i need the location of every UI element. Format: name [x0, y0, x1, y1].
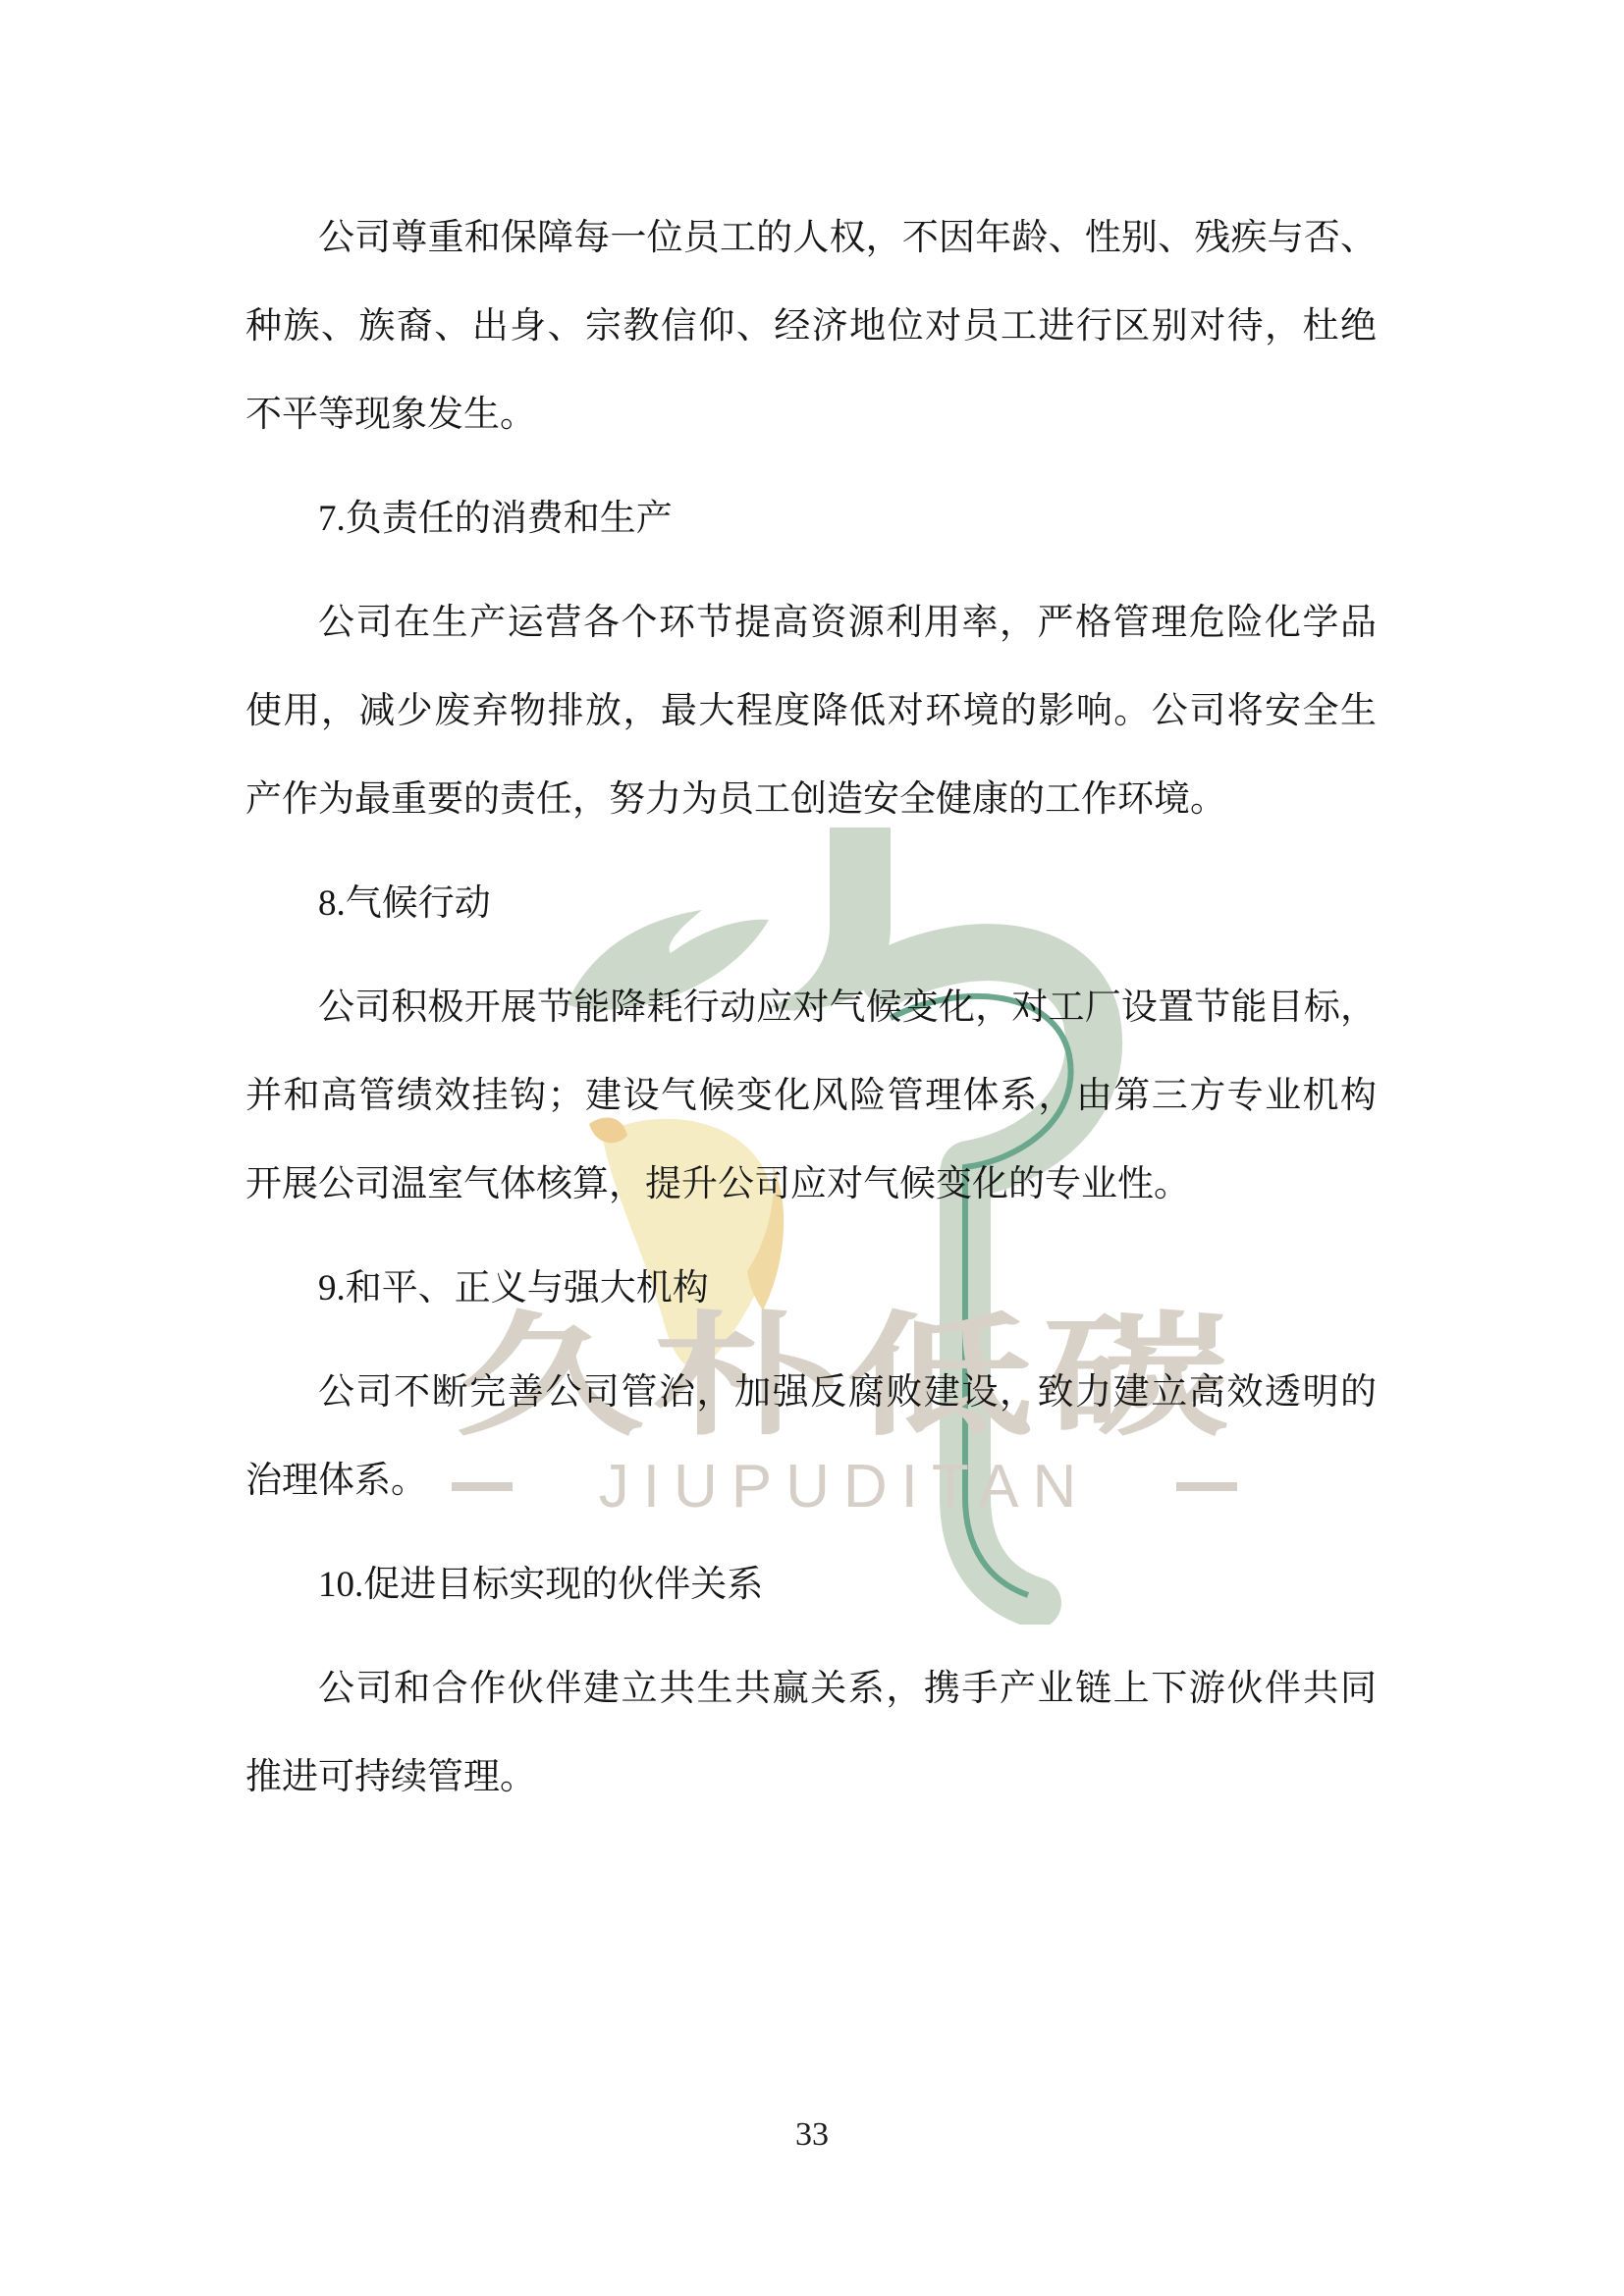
body-paragraph: 公司在生产运营各个环节提高资源利用率，严格管理危险化学品使用，减少废弃物排放，最…: [245, 579, 1377, 844]
section-heading: 10.促进目标实现的伙伴关系: [245, 1541, 1377, 1629]
text-line: 8.气候行动: [245, 860, 1377, 948]
text-line: 公司在生产运营各个环节提高资源利用率，严格管理危险化学品: [245, 579, 1377, 667]
text-line: 公司和合作伙伴建立共生共赢关系，携手产业链上下游伙伴共同: [245, 1645, 1377, 1734]
text-line: 10.促进目标实现的伙伴关系: [245, 1541, 1377, 1629]
text-line: 公司不断完善公司管治，加强反腐败建设，致力建立高效透明的: [245, 1349, 1377, 1437]
section-heading: 7.负责任的消费和生产: [245, 475, 1377, 563]
text-line: 不平等现象发生。: [245, 371, 1377, 459]
text-line: 7.负责任的消费和生产: [245, 475, 1377, 563]
document-page: 久朴低碳 JIUPUDITAN 公司尊重和保障每一位员工的人权，不因年龄、性别、…: [0, 0, 1624, 2296]
body-paragraph: 公司尊重和保障每一位员工的人权，不因年龄、性别、残疾与否、种族、族裔、出身、宗教…: [245, 194, 1377, 459]
text-line: 9.和平、正义与强大机构: [245, 1245, 1377, 1333]
text-line: 推进可持续管理。: [245, 1734, 1377, 1822]
page-number: 33: [0, 2116, 1624, 2154]
body-paragraph: 公司不断完善公司管治，加强反腐败建设，致力建立高效透明的治理体系。: [245, 1349, 1377, 1525]
section-heading: 8.气候行动: [245, 860, 1377, 948]
text-line: 产作为最重要的责任，努力为员工创造安全健康的工作环境。: [245, 756, 1377, 844]
text-line: 公司积极开展节能降耗行动应对气候变化，对工厂设置节能目标，: [245, 964, 1377, 1052]
text-line: 开展公司温室气体核算，提升公司应对气候变化的专业性。: [245, 1141, 1377, 1229]
text-line: 治理体系。: [245, 1437, 1377, 1525]
text-line: 并和高管绩效挂钩；建设气候变化风险管理体系，由第三方专业机构: [245, 1052, 1377, 1141]
section-heading: 9.和平、正义与强大机构: [245, 1245, 1377, 1333]
text-line: 种族、族裔、出身、宗教信仰、经济地位对员工进行区别对待，杜绝: [245, 283, 1377, 371]
text-line: 使用，减少废弃物排放，最大程度降低对环境的影响。公司将安全生: [245, 667, 1377, 756]
text-line: 公司尊重和保障每一位员工的人权，不因年龄、性别、残疾与否、: [245, 194, 1377, 283]
document-body: 公司尊重和保障每一位员工的人权，不因年龄、性别、残疾与否、种族、族裔、出身、宗教…: [245, 194, 1377, 1838]
body-paragraph: 公司和合作伙伴建立共生共赢关系，携手产业链上下游伙伴共同推进可持续管理。: [245, 1645, 1377, 1822]
body-paragraph: 公司积极开展节能降耗行动应对气候变化，对工厂设置节能目标，并和高管绩效挂钩；建设…: [245, 964, 1377, 1229]
